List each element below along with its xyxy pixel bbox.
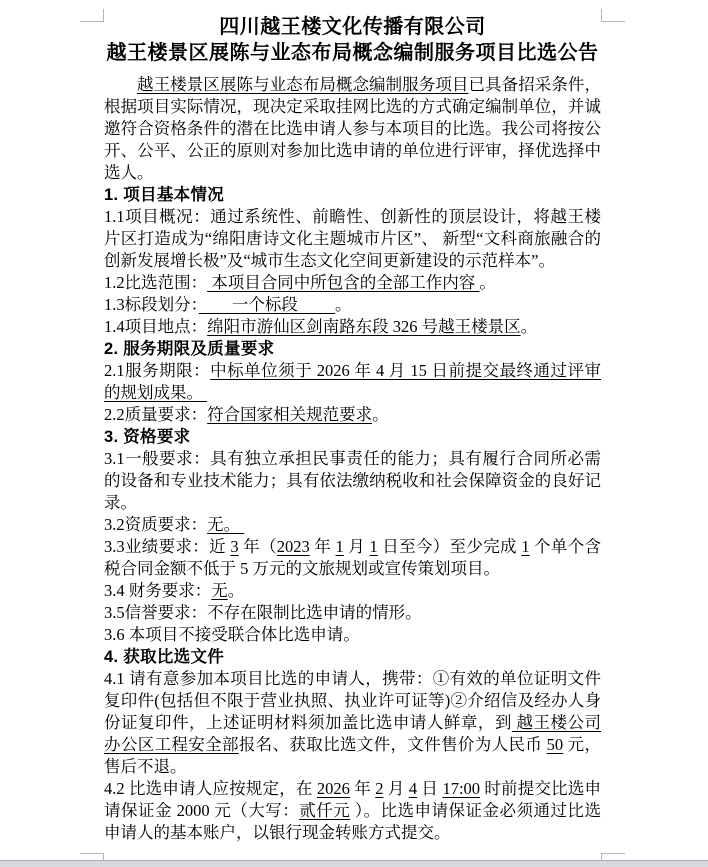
paragraph: 1.1项目概况：通过系统性、前瞻性、创新性的顶层设计，将越王楼片区打造成为“绵阳… (104, 206, 601, 272)
underlined-text-run: 4 (409, 779, 417, 798)
underlined-text-run: 17:00 (442, 779, 480, 798)
text-run: 1. 项目基本情况 (104, 186, 224, 204)
app-background-strip (0, 860, 708, 867)
text-run: 3.3业绩要求：近 (104, 537, 230, 556)
paragraph: 1.4项目地点：绵阳市游仙区剑南路东段 326 号越王楼景区。 (104, 316, 601, 338)
paragraph: 2.2质量要求：符合国家相关规范要求。 (104, 404, 601, 426)
paragraph: 3.3业绩要求：近 3 年（2023 年 1 月 1 日至今）至少完成 1 个单… (104, 536, 601, 580)
text-run: 3.1一般要求：具有独立承担民事责任的能力；具有履行合同所必需的设备和专业技术能… (104, 449, 601, 512)
paragraph: 4.1 请有意参加本项目比选的申请人，携带：①有效的单位证明文件复印件(包括但不… (104, 668, 601, 778)
text-run: 日至今）至少完成 (378, 537, 522, 556)
document-page: 四川越王楼文化传播有限公司 越王楼景区展陈与业态布局概念编制服务项目比选公告 越… (0, 0, 708, 861)
underlined-text-run: 1 (521, 537, 529, 556)
paragraph: 4.2 比选申请人应按规定，在 2026 年 2 月 4 日 17:00 时前提… (104, 778, 601, 844)
underlined-text-run: 无。 (207, 515, 244, 534)
paragraph: 1.3标段划分： 一个标段 。 (104, 294, 601, 316)
text-run: 月 (344, 537, 370, 556)
text-run: 年 (350, 779, 375, 798)
document-body: 越王楼景区展陈与业态布局概念编制服务项目已具备招采条件，根据项目实际情况，现决定… (104, 74, 601, 844)
section-heading: 4. 获取比选文件 (104, 646, 601, 668)
margin-mark-top-left-icon (80, 9, 104, 22)
text-run: 年（ (239, 537, 277, 556)
text-run: 。 (335, 295, 352, 314)
document-content: 四川越王楼文化传播有限公司 越王楼景区展陈与业态布局概念编制服务项目比选公告 越… (104, 14, 601, 844)
underlined-text-run: 1 (336, 537, 344, 556)
text-run: 2.1服务期限： (104, 361, 210, 380)
document-viewer: 四川越王楼文化传播有限公司 越王楼景区展陈与业态布局概念编制服务项目比选公告 越… (0, 0, 708, 867)
underlined-text-run: 50 (547, 735, 564, 754)
text-run: 3.6 本项目不接受联合体比选申请。 (104, 625, 360, 644)
paragraph: 越王楼景区展陈与业态布局概念编制服务项目已具备招采条件，根据项目实际情况，现决定… (104, 74, 601, 184)
section-heading: 1. 项目基本情况 (104, 184, 601, 206)
text-run: 1.3标段划分： (104, 295, 199, 314)
text-run: 。 (479, 273, 496, 292)
paragraph: 3.2资质要求：无。 (104, 514, 601, 536)
underlined-text-run: 2023 (277, 537, 310, 556)
text-run: 3.5信誉要求：不存在限制比选申请的情形。 (104, 603, 422, 622)
text-run: 1.1项目概况：通过系统性、前瞻性、创新性的顶层设计，将越王楼片区打造成为“绵阳… (104, 207, 601, 270)
paragraph: 3.4 财务要求：无。 (104, 580, 601, 602)
underlined-text-run: 3 (230, 537, 238, 556)
document-title-line-1: 四川越王楼文化传播有限公司 (104, 14, 601, 40)
paragraph: 3.5信誉要求：不存在限制比选申请的情形。 (104, 602, 601, 624)
underlined-text-run: 贰仟元 (299, 801, 350, 820)
text-run: 。 (372, 405, 389, 424)
text-run: 4.2 比选申请人应按规定，在 (104, 779, 317, 798)
paragraph: 2.1服务期限：中标单位须于 2026 年 4 月 15 日前提交最终通过评审的… (104, 360, 601, 404)
margin-mark-top-right-icon (601, 9, 625, 22)
text-run: 报名、获取比选文件，文件售价为人民币 (239, 735, 547, 754)
text-run: 2.2质量要求： (104, 405, 207, 424)
text-run: 2. 服务期限及质量要求 (104, 340, 274, 358)
paragraph: 3.6 本项目不接受联合体比选申请。 (104, 624, 601, 646)
underlined-text-run: 越王楼景区展陈与业态布局概念编制服务项目 (137, 75, 468, 94)
text-run: 。 (521, 317, 538, 336)
section-heading: 2. 服务期限及质量要求 (104, 338, 601, 360)
text-run: 3.4 财务要求： (104, 581, 211, 600)
text-run: 1.2比选范围： (104, 273, 207, 292)
underlined-text-run: 一个标段 (199, 295, 335, 314)
underlined-text-run: 绵阳市游仙区剑南路东段 326 号越王楼景区 (207, 317, 521, 336)
text-run: 。 (228, 581, 245, 600)
underlined-text-run: 无 (211, 581, 228, 600)
text-run: 年 (310, 537, 336, 556)
text-run: 日 (417, 779, 442, 798)
text-run: 月 (384, 779, 409, 798)
underlined-text-run: 本项目合同中所包含的全部工作内容 (207, 273, 479, 292)
underlined-text-run: 2 (375, 779, 383, 798)
document-title-line-2: 越王楼景区展陈与业态布局概念编制服务项目比选公告 (104, 40, 601, 66)
text-run: 4. 获取比选文件 (104, 648, 224, 666)
underlined-text-run: 2026 (317, 779, 350, 798)
section-heading: 3. 资格要求 (104, 426, 601, 448)
text-run: 3. 资格要求 (104, 428, 190, 446)
text-run: 3.2资质要求： (104, 515, 207, 534)
paragraph: 3.1一般要求：具有独立承担民事责任的能力；具有履行合同所必需的设备和专业技术能… (104, 448, 601, 514)
paragraph: 1.2比选范围： 本项目合同中所包含的全部工作内容 。 (104, 272, 601, 294)
underlined-text-run: 符合国家相关规范要求 (207, 405, 372, 424)
text-run: 1.4项目地点： (104, 317, 207, 336)
underlined-text-run: 1 (370, 537, 378, 556)
